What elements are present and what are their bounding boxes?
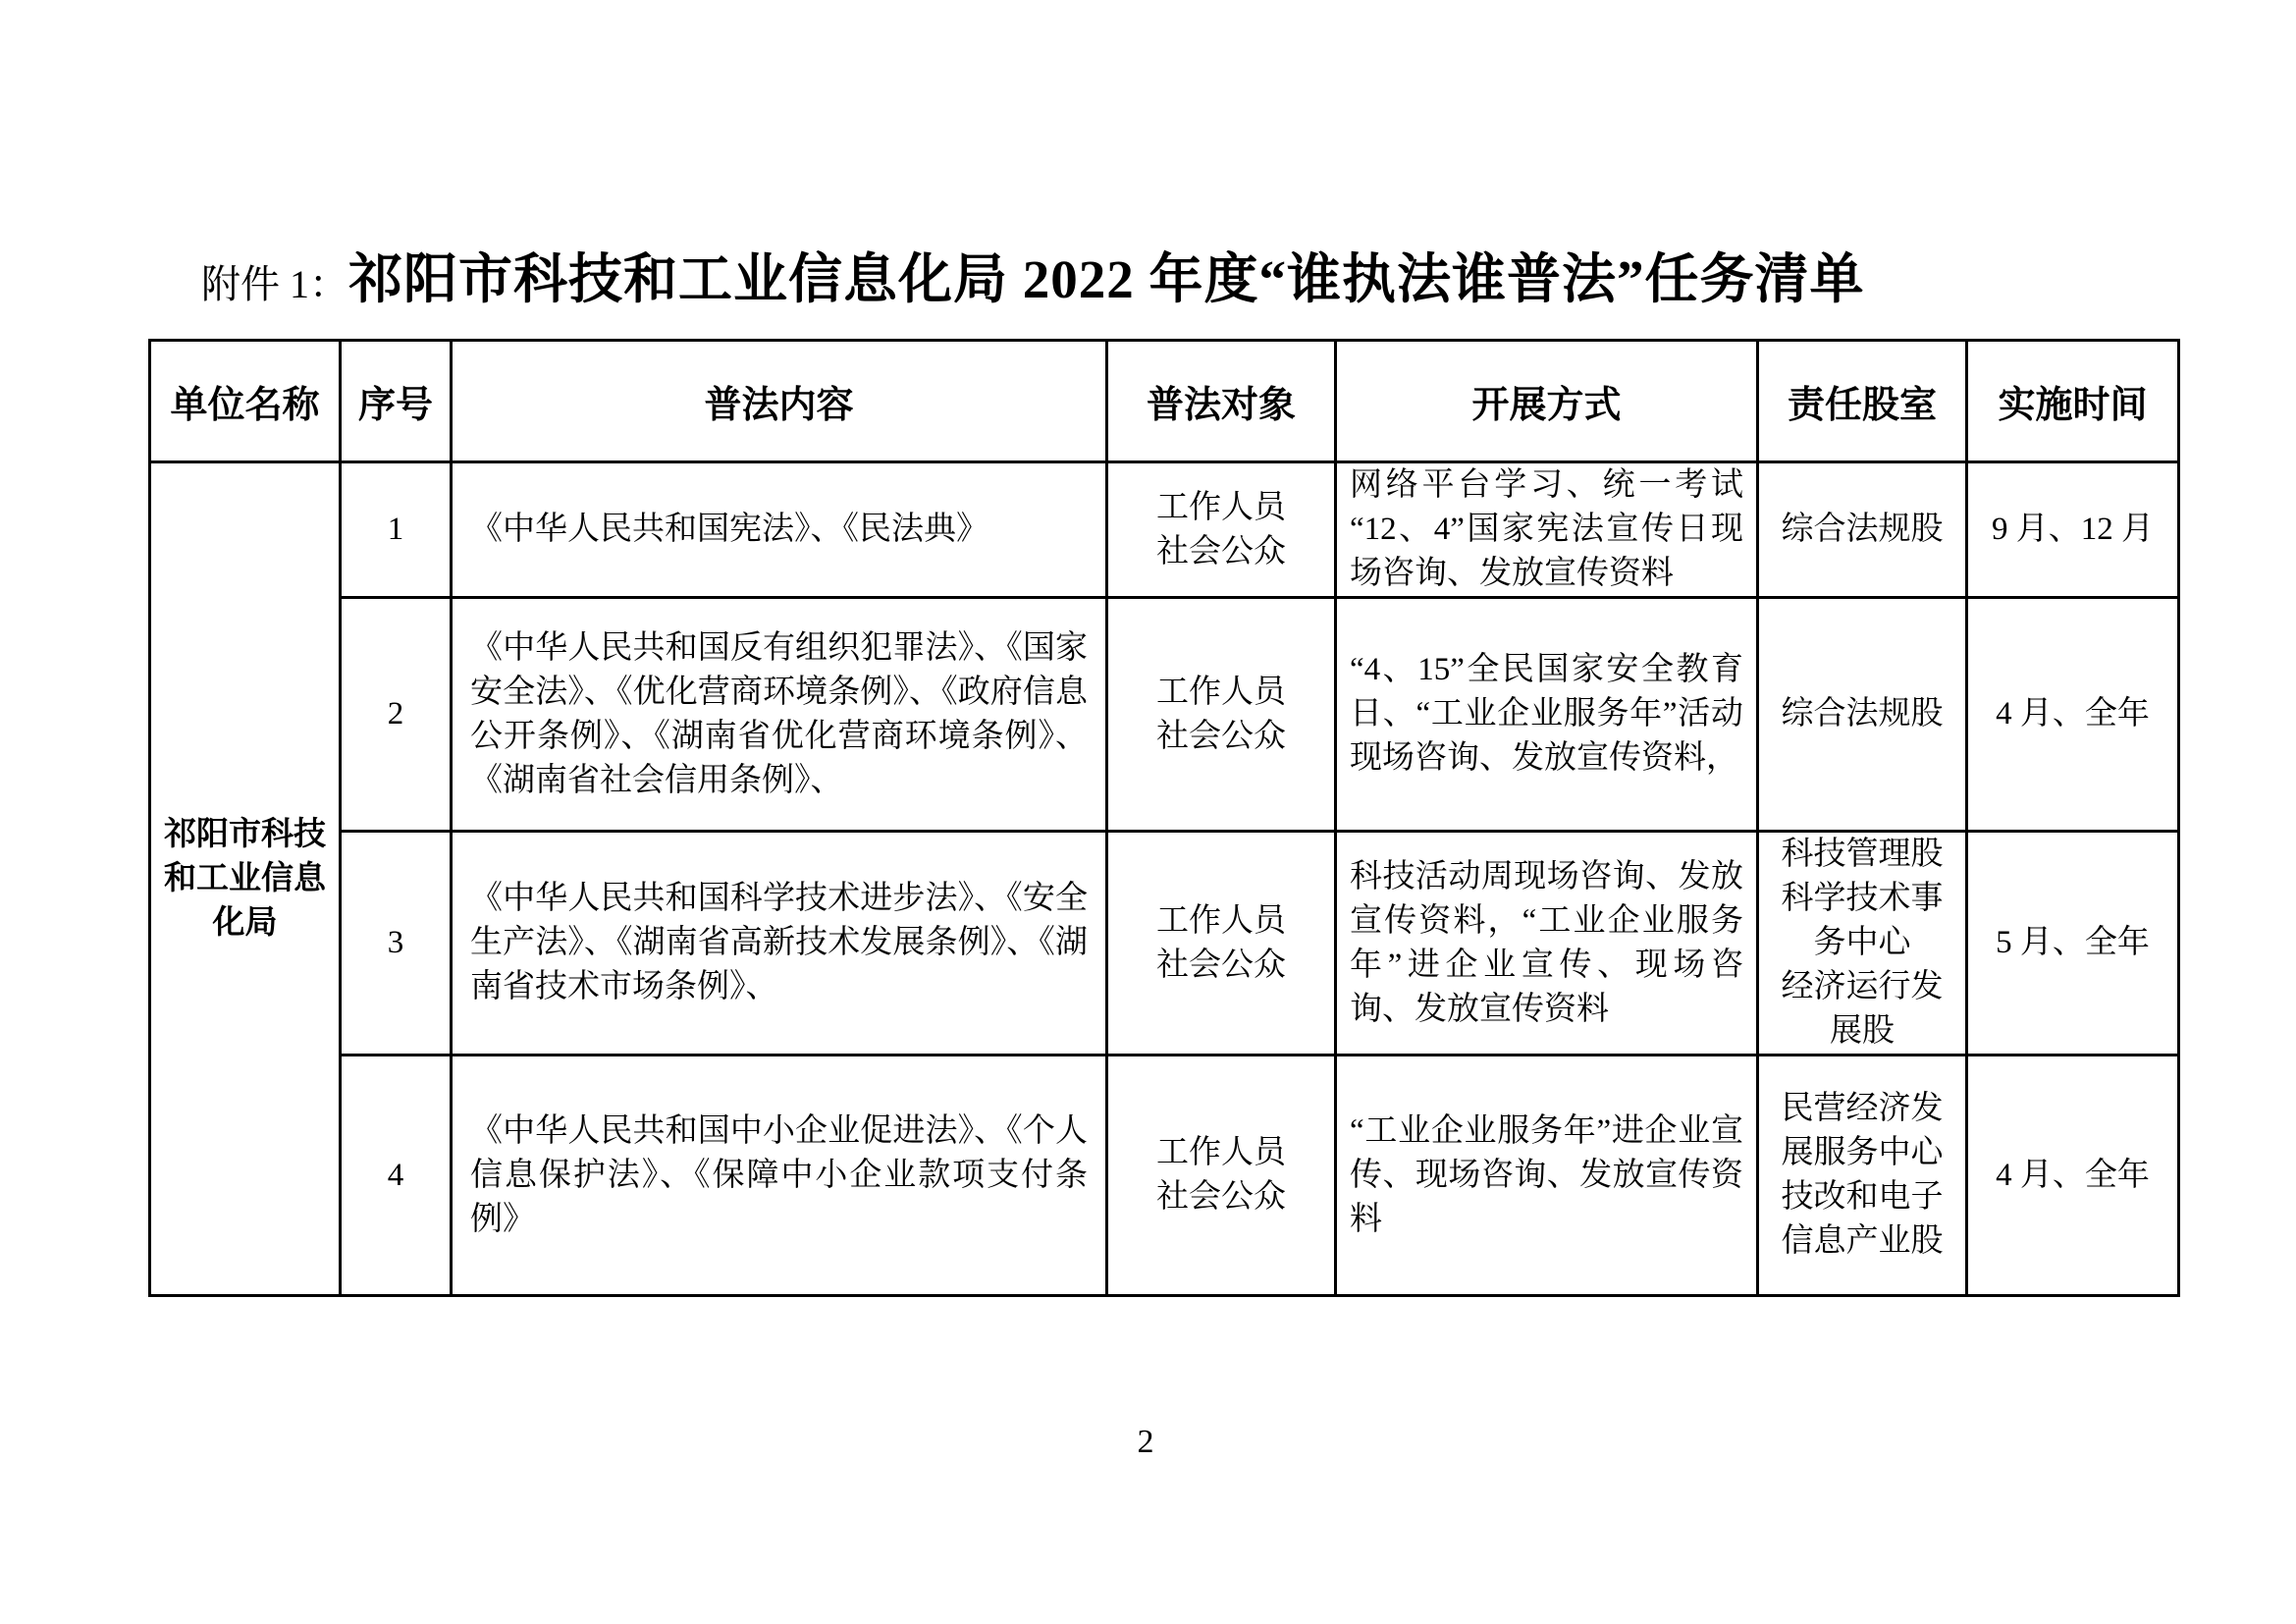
department-cell: 综合法规股 <box>1758 462 1967 598</box>
content-cell: 《中华人民共和国科学技术进步法》、《安全生产法》、《湖南省高新技术发展条例》、《… <box>452 832 1107 1056</box>
page-number: 2 <box>1096 1424 1195 1461</box>
attachment-label: 附件 1： <box>201 262 348 306</box>
column-header-department: 责任股室 <box>1758 341 1967 462</box>
column-header-method: 开展方式 <box>1336 341 1758 462</box>
column-header-seq: 序号 <box>341 341 452 462</box>
method-cell: 网络平台学习、统一考试“12、4”国家宪法宣传日现场咨询、发放宣传资料 <box>1336 462 1758 598</box>
time-cell: 4 月、全年 <box>1967 1056 2179 1296</box>
time-cell: 5 月、全年 <box>1967 832 2179 1056</box>
column-header-audience: 普法对象 <box>1107 341 1336 462</box>
seq-cell: 4 <box>341 1056 452 1296</box>
table-row: 4 《中华人民共和国中小企业促进法》、《个人信息保护法》、《保障中小企业款项支付… <box>150 1056 2179 1296</box>
method-cell: 科技活动周现场咨询、发放宣传资料，“工业企业服务年”进企业宣传、现场咨询、发放宣… <box>1336 832 1758 1056</box>
table-header-row: 单位名称 序号 普法内容 普法对象 开展方式 责任股室 实施时间 <box>150 341 2179 462</box>
table-row: 祁阳市科技 和工业信息 化局 1 《中华人民共和国宪法》、《民法典》 工作人员 … <box>150 462 2179 598</box>
table-row: 2 《中华人民共和国反有组织犯罪法》、《国家安全法》、《优化营商环境条例》、《政… <box>150 598 2179 832</box>
document-page: 附件 1：祁阳市科技和工业信息化局 2022 年度“谁执法谁普法”任务清单 单位… <box>0 0 2296 1624</box>
department-cell: 综合法规股 <box>1758 598 1967 832</box>
content-cell: 《中华人民共和国反有组织犯罪法》、《国家安全法》、《优化营商环境条例》、《政府信… <box>452 598 1107 832</box>
column-header-unit-name: 单位名称 <box>150 341 341 462</box>
method-cell: “4、15”全民国家安全教育日、“工业企业服务年”活动现场咨询、发放宣传资料， <box>1336 598 1758 832</box>
department-cell: 民营经济发展服务中心 技改和电子信息产业股 <box>1758 1056 1967 1296</box>
page-title: 祁阳市科技和工业信息化局 2022 年度“谁执法谁普法”任务清单 <box>348 249 1865 309</box>
document-title: 附件 1：祁阳市科技和工业信息化局 2022 年度“谁执法谁普法”任务清单 <box>201 236 1865 313</box>
time-cell: 4 月、全年 <box>1967 598 2179 832</box>
unit-name-cell: 祁阳市科技 和工业信息 化局 <box>150 462 341 1296</box>
audience-cell: 工作人员 社会公众 <box>1107 462 1336 598</box>
seq-cell: 1 <box>341 462 452 598</box>
audience-cell: 工作人员 社会公众 <box>1107 1056 1336 1296</box>
column-header-time: 实施时间 <box>1967 341 2179 462</box>
table-row: 3 《中华人民共和国科学技术进步法》、《安全生产法》、《湖南省高新技术发展条例》… <box>150 832 2179 1056</box>
column-header-content: 普法内容 <box>452 341 1107 462</box>
audience-cell: 工作人员 社会公众 <box>1107 598 1336 832</box>
method-cell: “工业企业服务年”进企业宣传、现场咨询、发放宣传资料 <box>1336 1056 1758 1296</box>
seq-cell: 3 <box>341 832 452 1056</box>
content-cell: 《中华人民共和国宪法》、《民法典》 <box>452 462 1107 598</box>
department-cell: 科技管理股 科学技术事务中心 经济运行发展股 <box>1758 832 1967 1056</box>
task-list-table: 单位名称 序号 普法内容 普法对象 开展方式 责任股室 实施时间 祁阳市科技 和… <box>148 339 2180 1297</box>
time-cell: 9 月、12 月 <box>1967 462 2179 598</box>
audience-cell: 工作人员 社会公众 <box>1107 832 1336 1056</box>
seq-cell: 2 <box>341 598 452 832</box>
content-cell: 《中华人民共和国中小企业促进法》、《个人信息保护法》、《保障中小企业款项支付条例… <box>452 1056 1107 1296</box>
